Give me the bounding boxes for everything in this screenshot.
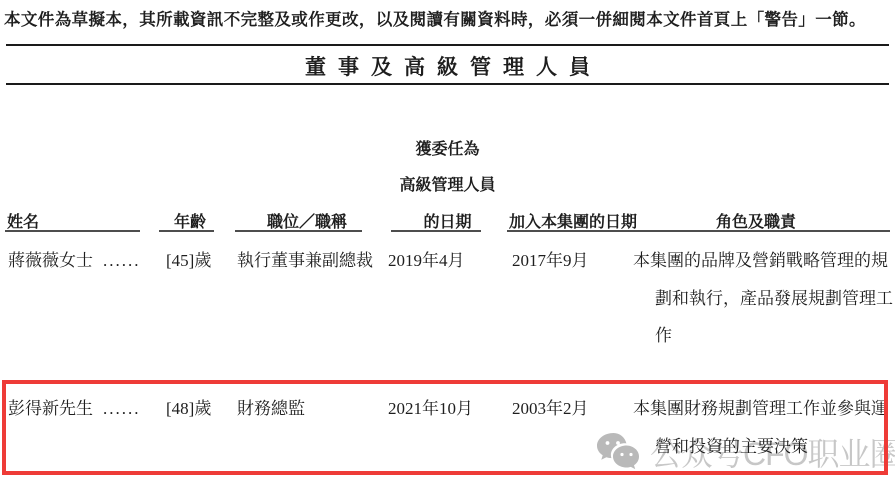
underline-joined: [507, 230, 631, 232]
underline-roles: [618, 230, 890, 232]
underline-appointed: [391, 230, 481, 232]
col-header-roles: 角色及職責: [622, 209, 890, 232]
table-row-2-appointed-date: 2021年10月: [388, 394, 473, 419]
draft-disclaimer: 本文件為草擬本，其所載資訊不完整及或作更改，以及閱讀有關資料時，必須一併細閱本文…: [4, 6, 893, 30]
wechat-icon: [596, 432, 642, 472]
person-name: 蔣薇薇女士: [8, 251, 93, 270]
table-row-2-roles-line2: 營和投資的主要決策: [655, 432, 808, 457]
col-header-position: 職位／職稱: [267, 209, 347, 232]
table-row-2-position: 財務總監: [237, 394, 305, 419]
table-row-1-position: 執行董事兼副總裁: [237, 246, 373, 271]
person-name: 彭得新先生: [8, 399, 93, 418]
underline-age: [159, 230, 214, 232]
col-header-name: 姓名: [7, 209, 39, 232]
table-row-1-roles-line3: 作: [655, 321, 672, 346]
table-row-1-roles-line1: 本集團的品牌及營銷戰略管理的規: [633, 246, 888, 271]
table-row-1-roles-line2: 劃和執行，產品發展規劃管理工: [655, 284, 893, 309]
title-rule-bottom: [6, 83, 889, 85]
title-rule-top: [6, 44, 889, 46]
table-row-2-name: 彭得新先生......: [8, 394, 141, 419]
table-row-1-joined-date: 2017年9月: [512, 246, 589, 271]
col-header-age: 年齡: [174, 209, 206, 232]
underline-position: [235, 230, 362, 232]
table-row-1-name: 蔣薇薇女士......: [8, 246, 141, 271]
col-header-appointed-line3: 的日期: [380, 209, 515, 232]
underline-name: [5, 230, 140, 232]
dot-leader: ......: [103, 251, 141, 270]
col-header-appointed-line1: 獲委任為: [380, 136, 515, 159]
table-row-2-joined-date: 2003年2月: [512, 394, 589, 419]
table-row-1-age: [45]歲: [166, 246, 211, 271]
col-header-joined: 加入本集團的日期: [509, 209, 637, 232]
col-header-appointed-line2: 高級管理人員: [380, 172, 515, 195]
table-row-1-appointed-date: 2019年4月: [388, 246, 465, 271]
table-row-2-roles-line1: 本集團財務規劃管理工作並參與運: [633, 394, 888, 419]
prospectus-page: 公众号CFO职业圈 本文件為草擬本，其所載資訊不完整及或作更改，以及閱讀有關資料…: [0, 0, 895, 483]
table-row-2-age: [48]歲: [166, 394, 211, 419]
dot-leader: ......: [103, 399, 141, 418]
page-title: 董事及高級管理人員: [0, 51, 895, 81]
